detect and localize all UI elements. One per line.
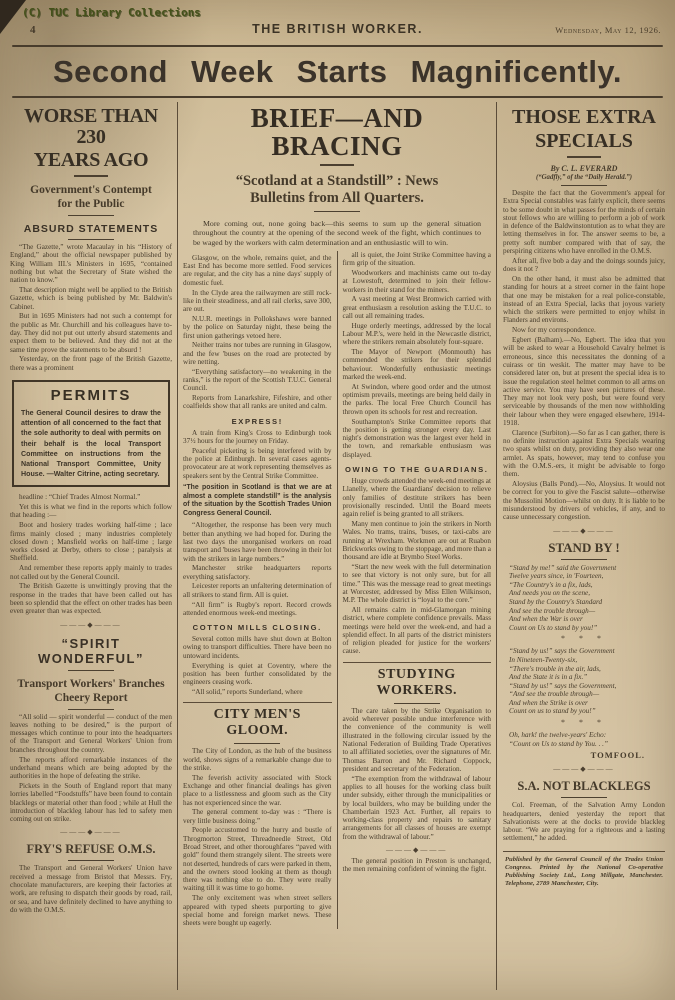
paragraph: Manchester strike headquarters reports e… (183, 564, 332, 581)
section-divider (10, 621, 172, 629)
stanza-separator (503, 718, 665, 727)
article-paragraphs: The Transport and General Workers' Union… (10, 864, 172, 914)
poem-line: Count on Us to stand by you!” (509, 624, 665, 633)
article-paragraphs: Several cotton mills have shut down at B… (183, 635, 332, 696)
article-paragraphs: Col. Freeman, of the Salvation Army Lond… (503, 801, 665, 842)
article-headline: BRIEF—AND BRACING (183, 104, 491, 160)
paragraph: Many men continue to join the strikers i… (343, 520, 492, 561)
section-divider (503, 527, 665, 535)
article-paragraphs: A train from King's Cross to Edinburgh t… (183, 429, 332, 480)
poem-line: “Stand by us!” says the Government (509, 647, 665, 656)
poem-line: “The Country's in a fix, lads, (509, 581, 665, 590)
paragraph: Aloysius (Balls Pond).—No, Aloysius. It … (503, 480, 665, 521)
paragraph: And remember these reports apply mainly … (10, 564, 172, 581)
paragraph: all is quiet, the Joint Strike Committee… (343, 251, 492, 268)
headline-rule (68, 860, 114, 861)
paragraph: Reports from Lanarkshire, Fifeshire, and… (183, 394, 332, 411)
poem-line: Oh, hark! the twelve-years' Echo: (509, 731, 665, 740)
poem-line: Twelve years since, in 'Fourteen, (509, 572, 665, 581)
poem-line: And the State it is in a fix.” (509, 673, 665, 682)
emphasis-paragraph: “The position in Scotland is that we are… (183, 484, 332, 518)
poem-line: And see the trouble through— (509, 607, 665, 616)
headline-rule (68, 670, 114, 671)
article-headline: YEARS AGO (10, 150, 172, 171)
subcolumn-left: Glasgow, on the whole, remains quiet, an… (183, 251, 338, 929)
article-paragraphs: all is quiet, the Joint Strike Committee… (343, 251, 492, 459)
article-paragraphs: “All solid — spirit wonderful — conduct … (10, 713, 172, 824)
paragraph: “All firm” is Rugby's report. Record cro… (183, 601, 332, 618)
paragraph: At Swindon, where good order and the utm… (343, 383, 492, 416)
headline-rule (320, 164, 354, 166)
poem-line: And when the War is over (509, 615, 665, 624)
paragraph: The Mayor of Newport (Monmouth) has comm… (343, 348, 492, 381)
paragraph: “The exemption from the withdrawal of la… (343, 775, 492, 841)
article-paragraphs: Despite the fact that the Government's a… (503, 189, 665, 522)
paragraph: A vast meeting at West Bromwich carried … (343, 295, 492, 320)
paragraph: “Start the new week with the full determ… (343, 563, 492, 604)
article-divider (183, 702, 332, 703)
poem-line: “Count on Us to stand by You. . .” (509, 740, 665, 749)
crosshead: COTTON MILLS CLOSING. (183, 623, 332, 632)
headline-rule (234, 743, 280, 744)
paragraph: That description might well be applied t… (10, 286, 172, 311)
paragraph: “All solid — spirit wonderful — conduct … (10, 713, 172, 754)
headline-rule (394, 703, 440, 704)
poem-line: Count on us to stand by you!” (509, 707, 665, 716)
paragraph: Glasgow, on the whole, remains quiet, an… (183, 254, 332, 287)
page-header: 4 THE BRITISH WORKER. Wednesday, May 12,… (0, 22, 675, 44)
section-divider (10, 828, 172, 836)
crosshead-rule (68, 239, 114, 240)
paragraph: All remains calm in mid-Glamorgan mining… (343, 606, 492, 656)
poem-line: “And see the trouble through— (509, 690, 665, 699)
right-column: THOSE EXTRA SPECIALS By C. L. EVERARD (“… (497, 102, 667, 990)
article-subhead: Transport Workers' Branches (10, 677, 172, 691)
paragraph: Southampton's Strike Committee reports t… (343, 418, 492, 459)
section-divider (503, 765, 665, 773)
article-headline: S.A. NOT BLACKLEGS (503, 779, 665, 793)
paragraph: Boot and hosiery trades working half-tim… (10, 521, 172, 562)
byline: By C. L. EVERARD (503, 164, 665, 173)
paragraph: N.U.R. meetings in Pollokshaws were bann… (183, 315, 332, 340)
article-headline: “SPIRIT WONDERFUL” (10, 636, 172, 666)
poem-line: Stand by the Country's Standard (509, 598, 665, 607)
headline-rule (561, 559, 607, 560)
stanza-separator (503, 634, 665, 643)
article-paragraphs: Glasgow, on the whole, remains quiet, an… (183, 254, 332, 411)
poem-line: In Nineteen-Twenty-six, (509, 656, 665, 665)
paragraph: Several cotton mills have shut down at B… (183, 635, 332, 660)
poem-stanza: “Stand by me!” said the GovernmentTwelve… (509, 564, 665, 633)
paragraph: The general position in Preston is uncha… (343, 857, 492, 874)
paragraph: Huge crowds attended the week-end meetin… (343, 477, 492, 518)
paragraph: Pickets in the South of England report t… (10, 782, 172, 823)
paragraph: Leicester reports an unfaltering determi… (183, 582, 332, 599)
article-headline: SPECIALS (503, 130, 665, 152)
article-headline: STAND BY ! (503, 541, 665, 555)
page-number: 4 (30, 24, 36, 36)
columns: WORSE THAN 230 YEARS AGO Government's Co… (0, 98, 675, 990)
article-headline: STUDYING WORKERS. (343, 667, 492, 699)
byline-affiliation: (“Gadfly,” of the “Daily Herald.”) (503, 174, 665, 181)
paragraph: headline : “Chief Trades Almost Normal.” (10, 493, 172, 501)
paragraph: The only excitement was when street sell… (183, 894, 332, 927)
paragraph: Yesterday, on the front page of the Brit… (10, 355, 172, 372)
poem-stanza: “Stand by us!” says the GovernmentIn Nin… (509, 647, 665, 716)
headline-rule (567, 156, 601, 158)
paragraph: Neither trains nor tubes are running in … (183, 341, 332, 366)
paragraph: “Altogether, the response has been very … (183, 521, 332, 562)
paragraph: “All solid,” reports Sunderland, where (183, 688, 332, 696)
paragraph: But in 1695 Ministers had not such a con… (10, 312, 172, 353)
article-headline: WORSE THAN 230 (10, 106, 172, 148)
article-headline: THOSE EXTRA (503, 106, 665, 128)
paragraph: Clarence (Surbiton).—So far as I can gat… (503, 429, 665, 479)
paragraph: In the Clyde area the railwaymen are sti… (183, 289, 332, 314)
crosshead: ABSURD STATEMENTS (10, 223, 172, 235)
article-subhead: Bulletins from All Quarters. (183, 190, 491, 207)
subhead-rule (68, 215, 114, 216)
paragraph: The reports afford remarkable instances … (10, 756, 172, 781)
paragraph: Peaceful picketing is being interfered w… (183, 447, 332, 480)
newspaper-page: (C) TUC Library Collections 4 THE BRITIS… (0, 0, 675, 1000)
subhead-rule (68, 709, 114, 710)
poem-coda: Oh, hark! the twelve-years' Echo:“Count … (509, 731, 665, 748)
headline-rule (74, 175, 108, 177)
poem-line: And when the Strike is over (509, 699, 665, 708)
poem-line: “There's trouble in the air, lads, (509, 665, 665, 674)
intro-paragraph: More coming out, none going back—this se… (193, 219, 481, 247)
paragraph: After all, five bob a day and the doings… (503, 257, 665, 274)
paragraph: The Transport and General Workers' Union… (10, 864, 172, 914)
paragraph: A train from King's Cross to Edinburgh t… (183, 429, 332, 446)
article-paragraphs: “Altogether, the response has been very … (183, 521, 332, 617)
article-paragraphs: headline : “Chief Trades Almost Normal.”… (10, 493, 172, 615)
paragraph: The general comment to-day was : “There … (183, 808, 332, 825)
paragraph: “Everything satisfactory—no weakening in… (183, 368, 332, 393)
subcolumn-right: all is quiet, the Joint Strike Committee… (338, 251, 492, 929)
paragraph: “The Gazette,” wrote Macaulay in his “Hi… (10, 243, 172, 284)
permits-body: The General Council desires to draw the … (21, 408, 161, 479)
paragraph: The care taken by the Strike Organisatio… (343, 707, 492, 773)
article-paragraphs: “The Gazette,” wrote Macaulay in his “Hi… (10, 243, 172, 372)
banner-headline: Second Week Starts Magnificently. (0, 47, 675, 95)
center-column: BRIEF—AND BRACING “Scotland at a Standst… (178, 102, 497, 990)
paragraph: Woodworkers and machinists came out to-d… (343, 269, 492, 294)
issue-date: Wednesday, May 12, 1926. (555, 25, 661, 35)
paragraph: Egbert (Balham).—No, Egbert. The idea th… (503, 336, 665, 427)
article-divider (343, 662, 492, 663)
paragraph: The City of London, as the hub of the bu… (183, 747, 332, 772)
crosshead: OWING TO THE GUARDIANS. (343, 465, 492, 474)
paragraph: Huge orderly meetings, addressed by the … (343, 322, 492, 347)
paragraph: The British Gazette is unwittingly provi… (10, 582, 172, 615)
article-headline: CITY MEN'S GLOOM. (183, 707, 332, 739)
headline-rule (561, 797, 607, 798)
library-watermark: (C) TUC Library Collections (22, 6, 201, 19)
byline-rule (561, 185, 607, 186)
paragraph: On the other hand, it must also be admit… (503, 275, 665, 325)
paragraph: Now for my correspondence. (503, 326, 665, 334)
poem-line: “Stand by us!” says the Government, (509, 682, 665, 691)
center-subcolumns: Glasgow, on the whole, remains quiet, an… (183, 251, 491, 929)
author-signature: TOMFOOL. (503, 750, 645, 760)
article-subhead: “Scotland at a Standstill” : News (183, 173, 491, 190)
article-subhead: for the Public (10, 197, 172, 211)
permits-notice-box: PERMITS The General Council desires to d… (12, 380, 170, 487)
publisher-imprint: Published by the General Council of the … (503, 851, 665, 888)
paragraph: Yet this is what we find in the reports … (10, 503, 172, 520)
poem-line: And needs you on the scene, (509, 589, 665, 598)
article-paragraphs: Huge crowds attended the week-end meetin… (343, 477, 492, 656)
article-headline: FRY'S REFUSE O.M.S. (10, 842, 172, 856)
left-column: WORSE THAN 230 YEARS AGO Government's Co… (8, 102, 178, 990)
article-subhead: Government's Contempt (10, 183, 172, 197)
article-paragraphs: The care taken by the Strike Organisatio… (343, 707, 492, 841)
paragraph: Col. Freeman, of the Salvation Army Lond… (503, 801, 665, 842)
paragraph: Everything is quiet at Coventry, where t… (183, 662, 332, 687)
paragraph: The feverish activity associated with St… (183, 774, 332, 807)
paragraph: People accustomed to the hurry and bustl… (183, 826, 332, 892)
poem-line: “Stand by me!” said the Government (509, 564, 665, 573)
article-paragraphs: The City of London, as the hub of the bu… (183, 747, 332, 927)
paragraph: Despite the fact that the Government's a… (503, 189, 665, 255)
subhead-rule (314, 211, 360, 212)
permits-title: PERMITS (21, 387, 161, 404)
section-divider (343, 846, 492, 854)
crosshead: EXPRESS! (183, 417, 332, 426)
article-subhead: Cheery Report (10, 691, 172, 705)
